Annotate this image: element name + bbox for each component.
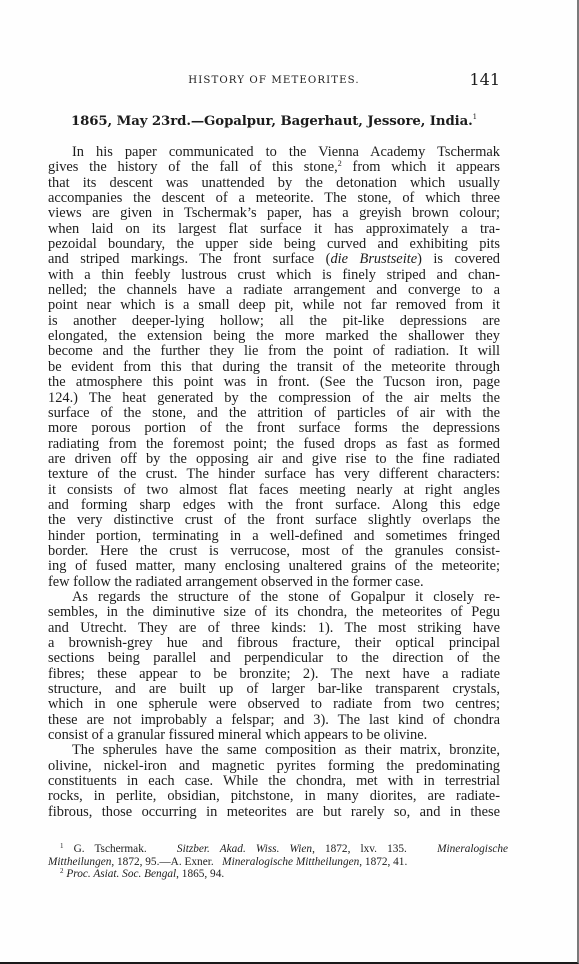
paragraph-1-line: ing of fused matter, many enclosing unal… xyxy=(48,559,500,574)
paragraph-1-line: it consists of two almost flat faces mee… xyxy=(48,483,500,498)
paragraph-1-line: is another deeper-lying hollow; all the … xyxy=(48,314,500,329)
footnote-ref-1[interactable]: 1 xyxy=(473,113,477,121)
paragraph-1-line: the very distinctive crust of the front … xyxy=(48,513,500,528)
paragraph-1-line: 124.) The heat generated by the compress… xyxy=(48,391,500,406)
page-number: 141 xyxy=(469,70,500,89)
paragraph-1-line: that its descent was unattended by the d… xyxy=(48,176,500,191)
paragraph-3-line: olivine, nickel-iron and magnetic pyrite… xyxy=(48,759,500,774)
footnote-ref-2[interactable]: 2 xyxy=(338,159,342,168)
footnote-1: 1 G. Tschermak. Sitzber. Akad. Wiss. Wie… xyxy=(48,843,508,856)
paragraph-3-line: fibrous, those occurring in meteorites a… xyxy=(48,805,500,820)
paragraph-1-line: nelled; the channels have a radiate arra… xyxy=(48,283,500,298)
paragraph-2-line: sembles, in the diminutive size of its c… xyxy=(48,605,500,620)
section-title-text: 1865, May 23rd.—Gopalpur, Bagerhaut, Jes… xyxy=(71,114,473,129)
paragraph-1-line: and forming sharp edges with the front s… xyxy=(48,498,500,513)
paragraph-3-line: The spherules have the same composition … xyxy=(48,743,500,758)
paragraph-3-line: rocks, in perlite, obsidian, pitchstone,… xyxy=(48,789,500,804)
paragraph-1-line: radiating from the foremost point; the f… xyxy=(48,437,500,452)
paragraph-1-line: and striped markings. The front surface … xyxy=(48,252,500,267)
paragraph-1-line: hinder portion, terminating in a well-de… xyxy=(48,529,500,544)
book-page: HISTORY OF METEORITES. 141 1865, May 23r… xyxy=(0,0,579,964)
paragraph-1-line: border. Here the crust is verrucose, mos… xyxy=(48,544,500,559)
paragraph-1-line: become and the further they lie from the… xyxy=(48,344,500,359)
paragraph-1-line: with a thin feebly lustrous crust which … xyxy=(48,268,500,283)
paragraph-2-line: structure, and are built up of larger ba… xyxy=(48,682,500,697)
footnote-1-continued: Mittheilungen, 1872, 95.—A. Exner. Miner… xyxy=(48,856,508,869)
footnotes: 1 G. Tschermak. Sitzber. Akad. Wiss. Wie… xyxy=(48,843,508,881)
footnote-2: 2 Proc. Asiat. Soc. Bengal, 1865, 94. xyxy=(48,868,508,881)
paragraph-3-line: constituents in each case. While the cho… xyxy=(48,774,500,789)
paragraph-1-line: In his paper communicated to the Vienna … xyxy=(48,145,500,160)
paragraph-1-line: gives the history of the fall of this st… xyxy=(48,160,500,175)
paragraph-1-line: elongated, the extension being the more … xyxy=(48,329,500,344)
paragraph-2-line: which in one spherule were observed to r… xyxy=(48,697,500,712)
paragraph-1-line: the atmosphere this point was in front. … xyxy=(48,375,500,390)
paragraph-2-line: and Utrecht. They are of three kinds: 1)… xyxy=(48,621,500,636)
footnote-marker: 2 xyxy=(60,867,64,875)
paragraph-2-line: these are not improbably a felspar; and … xyxy=(48,713,500,728)
paragraph-1-line: be evident from this that during the tra… xyxy=(48,360,500,375)
paragraph-2-line: a brownish-grey hue and fibrous fracture… xyxy=(48,636,500,651)
paragraph-1-line: texture of the crust. The hinder surface… xyxy=(48,467,500,482)
paragraph-1-line: pezoidal boundary, the upper side being … xyxy=(48,237,500,252)
paragraph-2-line: consist of a granular fissured mineral w… xyxy=(48,728,500,743)
paragraph-2-line: As regards the structure of the stone of… xyxy=(48,590,500,605)
running-header: HISTORY OF METEORITES. 141 xyxy=(48,70,500,90)
paragraph-2-line: sections being parallel and perpendicula… xyxy=(48,651,500,666)
footnote-marker: 1 xyxy=(60,842,64,850)
paragraph-1-line: accompanies the descent of a meteorite. … xyxy=(48,191,500,206)
paragraph-1-line: few follow the radiated arrangement obse… xyxy=(48,575,500,590)
paragraph-1-line: when laid on its largest flat surface it… xyxy=(48,222,500,237)
body-text: In his paper communicated to the Vienna … xyxy=(48,145,500,820)
paragraph-1-line: views are given in Tschermak’s paper, ha… xyxy=(48,206,500,221)
paragraph-1-line: are driven off by the opposing air and g… xyxy=(48,452,500,467)
paragraph-2-line: fibres; these appear to be bronzite; 2).… xyxy=(48,667,500,682)
running-title: HISTORY OF METEORITES. xyxy=(48,75,500,86)
italic-term: die Brustseite xyxy=(330,251,417,267)
section-title: 1865, May 23rd.—Gopalpur, Bagerhaut, Jes… xyxy=(48,113,500,129)
paragraph-1-line: point near which is a small deep pit, wh… xyxy=(48,298,500,313)
paragraph-1-line: surface of the stone, and the attrition … xyxy=(48,406,500,421)
paragraph-1-line: more porous portion of the front surface… xyxy=(48,421,500,436)
